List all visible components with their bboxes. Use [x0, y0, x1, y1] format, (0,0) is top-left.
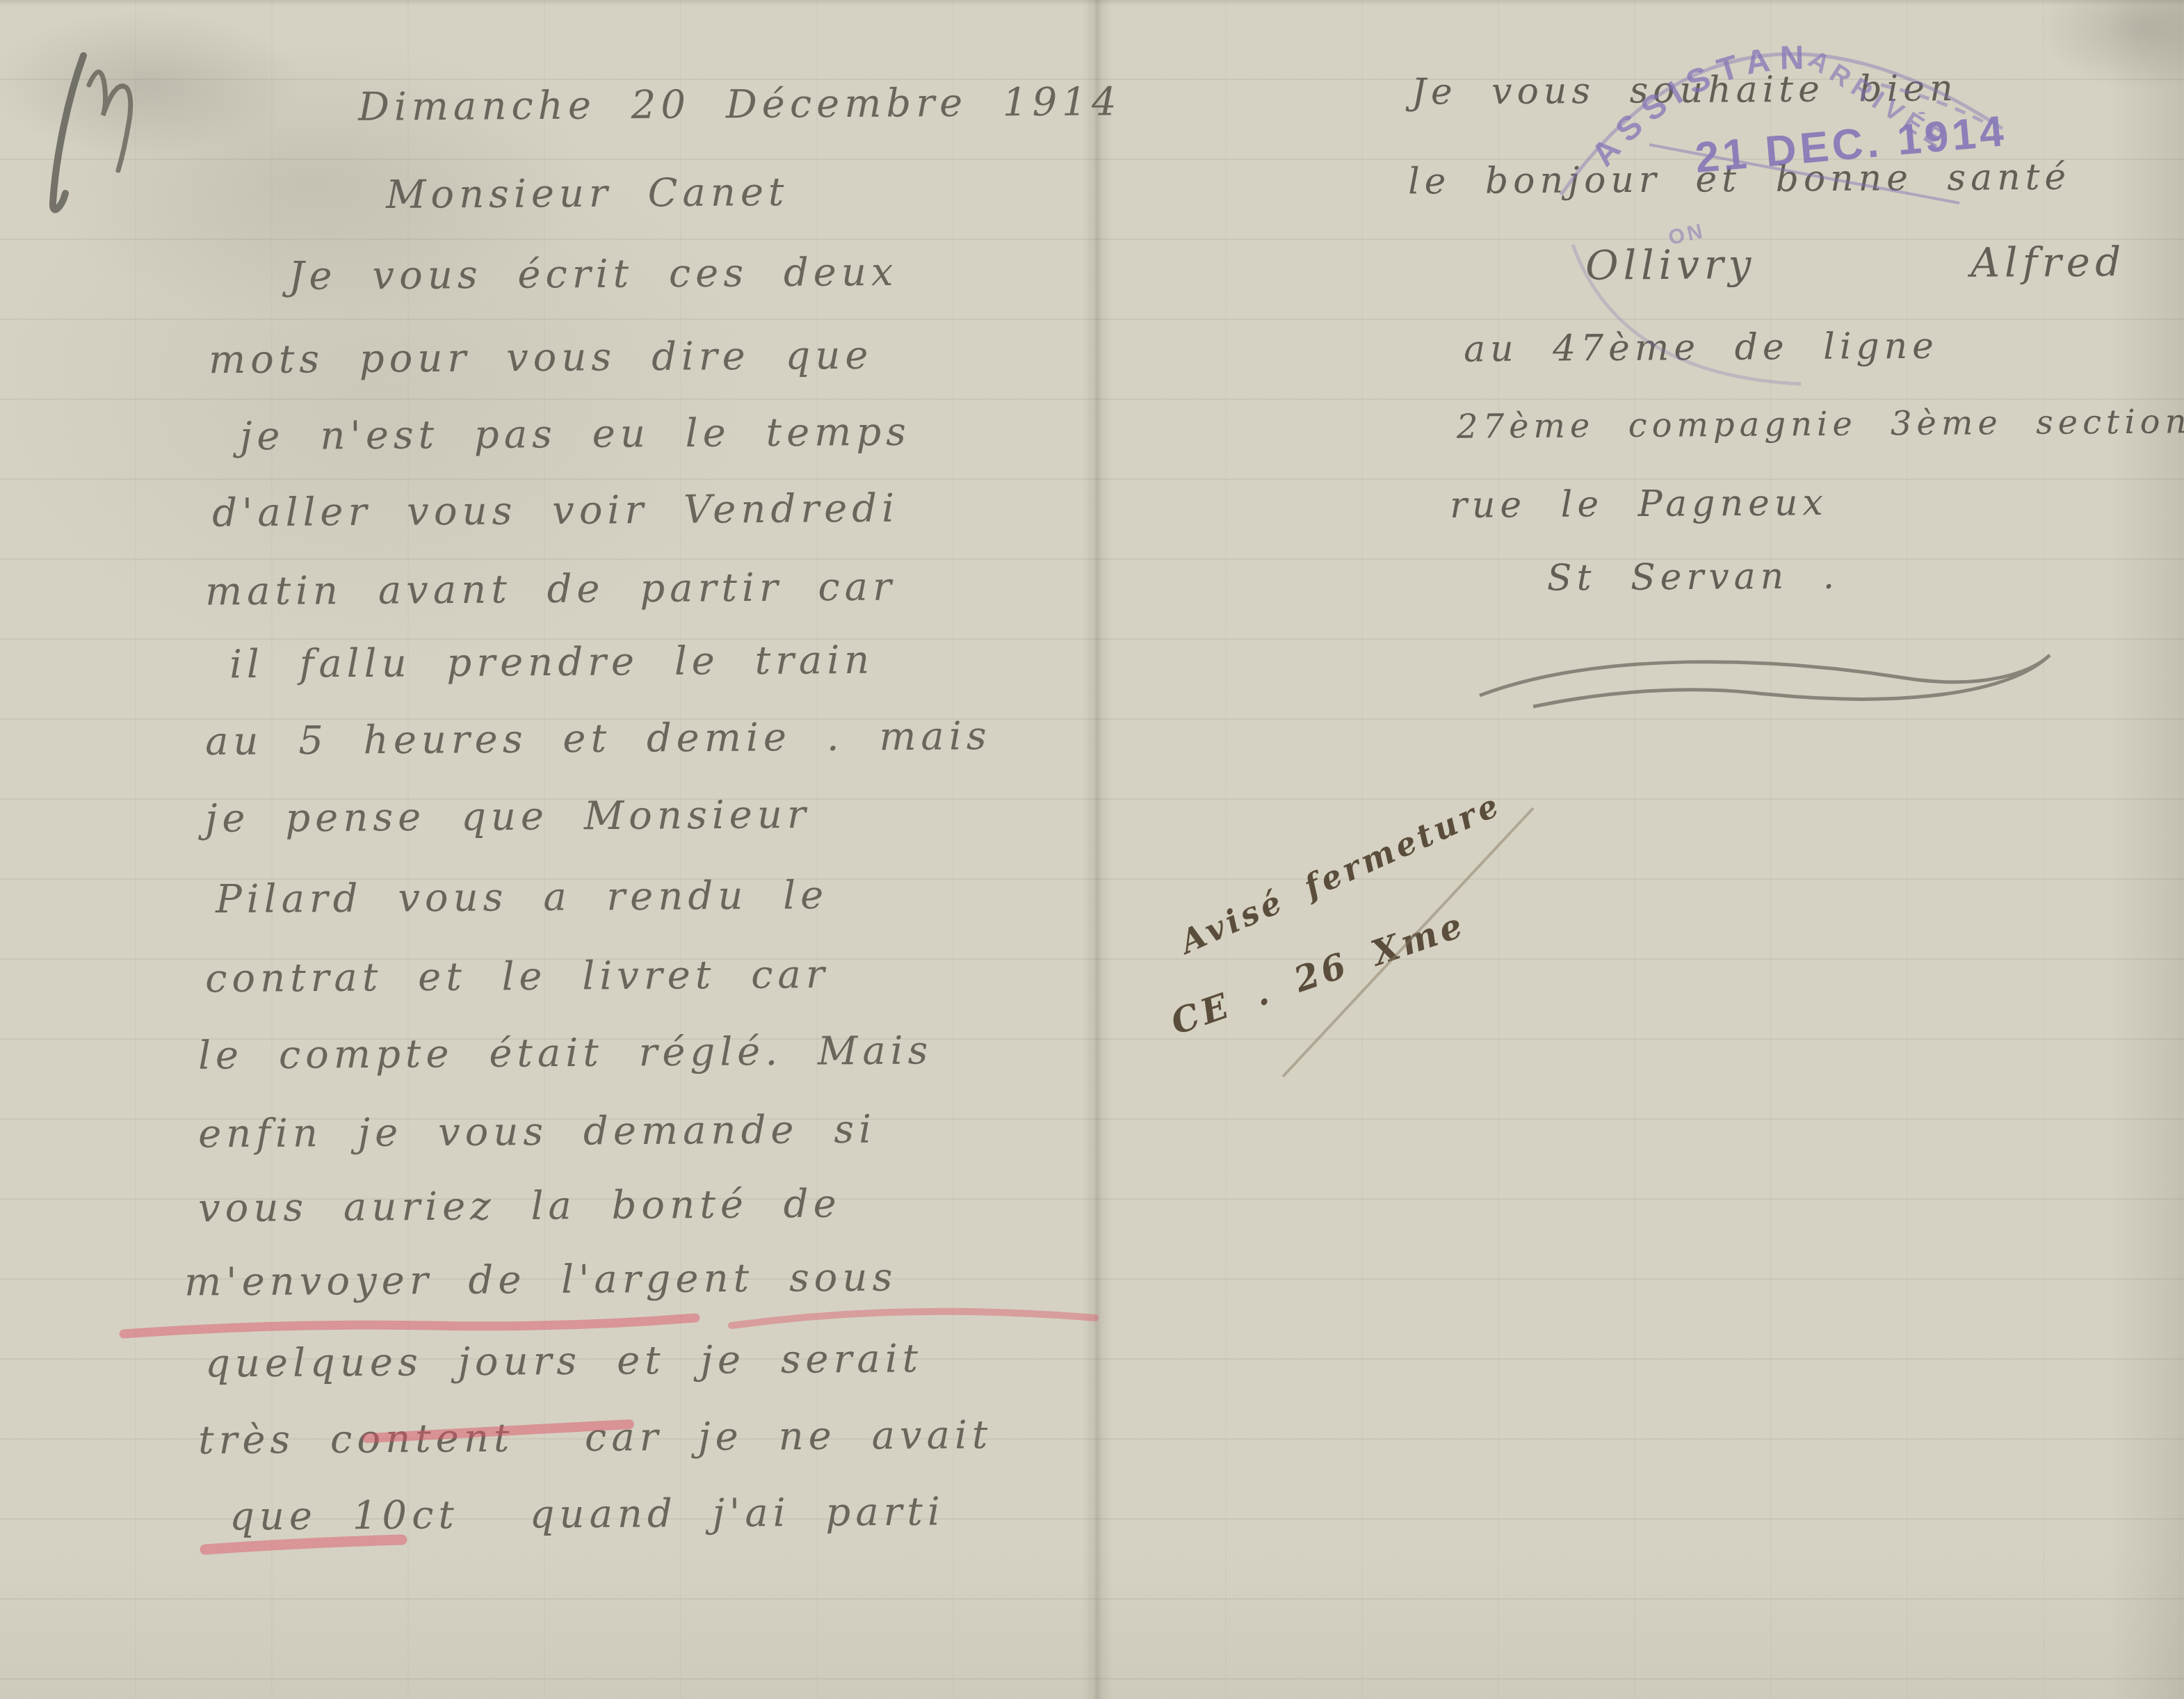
- handwritten-line: au 5 heures et demie . mais: [205, 714, 992, 764]
- handwritten-line: matin avant de partir car: [205, 565, 896, 615]
- handwritten-line: le bonjour et bonne santé: [1408, 156, 2071, 203]
- handwritten-line: Je vous souhaite bien: [1411, 67, 1958, 113]
- handwritten-line: Je vous écrit ces deux: [289, 250, 898, 299]
- red-underline: [205, 1540, 402, 1549]
- handwritten-letter-scan: Dimanche 20 Décembre 1914 Monsieur Canet…: [0, 0, 2184, 1699]
- signature-line: Ollivry Alfred: [1585, 238, 2126, 289]
- handwritten-line: d'aller vous voir Vendredi: [212, 486, 899, 536]
- fold-crease: [1082, 0, 1113, 1699]
- handwritten-line: il fallu prendre le train: [229, 638, 875, 687]
- handwritten-line: je pense que Monsieur: [205, 792, 811, 842]
- handwritten-line: le compte était réglé. Mais: [198, 1028, 933, 1078]
- handwritten-line: Monsieur Canet: [386, 170, 789, 218]
- handwritten-line: mots pour vous dire que: [209, 333, 873, 383]
- handwritten-line: très content car je ne avait: [198, 1412, 993, 1463]
- pencil-initials-mark: [53, 56, 131, 209]
- handwritten-line: enfin je vous demande si: [198, 1107, 876, 1157]
- handwritten-line: je n'est pas eu le temps: [240, 410, 911, 460]
- handwritten-line: vous auriez la bonté de: [198, 1182, 841, 1231]
- handwritten-line: rue le Pagneux: [1450, 482, 1828, 526]
- red-underline: [124, 1318, 695, 1334]
- handwritten-line: Dimanche 20 Décembre 1914: [358, 79, 1122, 130]
- handwritten-line: contrat et le livret car: [205, 952, 830, 1001]
- handwritten-line: 27ème compagnie 3ème section: [1457, 402, 2184, 446]
- handwritten-line: que 10ct quand j'ai parti: [229, 1489, 945, 1539]
- handwritten-line: m'envoyer de l'argent sous: [184, 1255, 898, 1305]
- handwritten-line: Pilard vous a rendu le: [216, 873, 829, 922]
- handwritten-line: quelques jours et je serait: [205, 1336, 923, 1386]
- handwritten-line: au 47ème de ligne: [1464, 325, 1939, 371]
- handwritten-line: St Servan .: [1547, 556, 1840, 599]
- red-underline: [731, 1312, 1095, 1326]
- signature-flourish: [1480, 655, 2050, 707]
